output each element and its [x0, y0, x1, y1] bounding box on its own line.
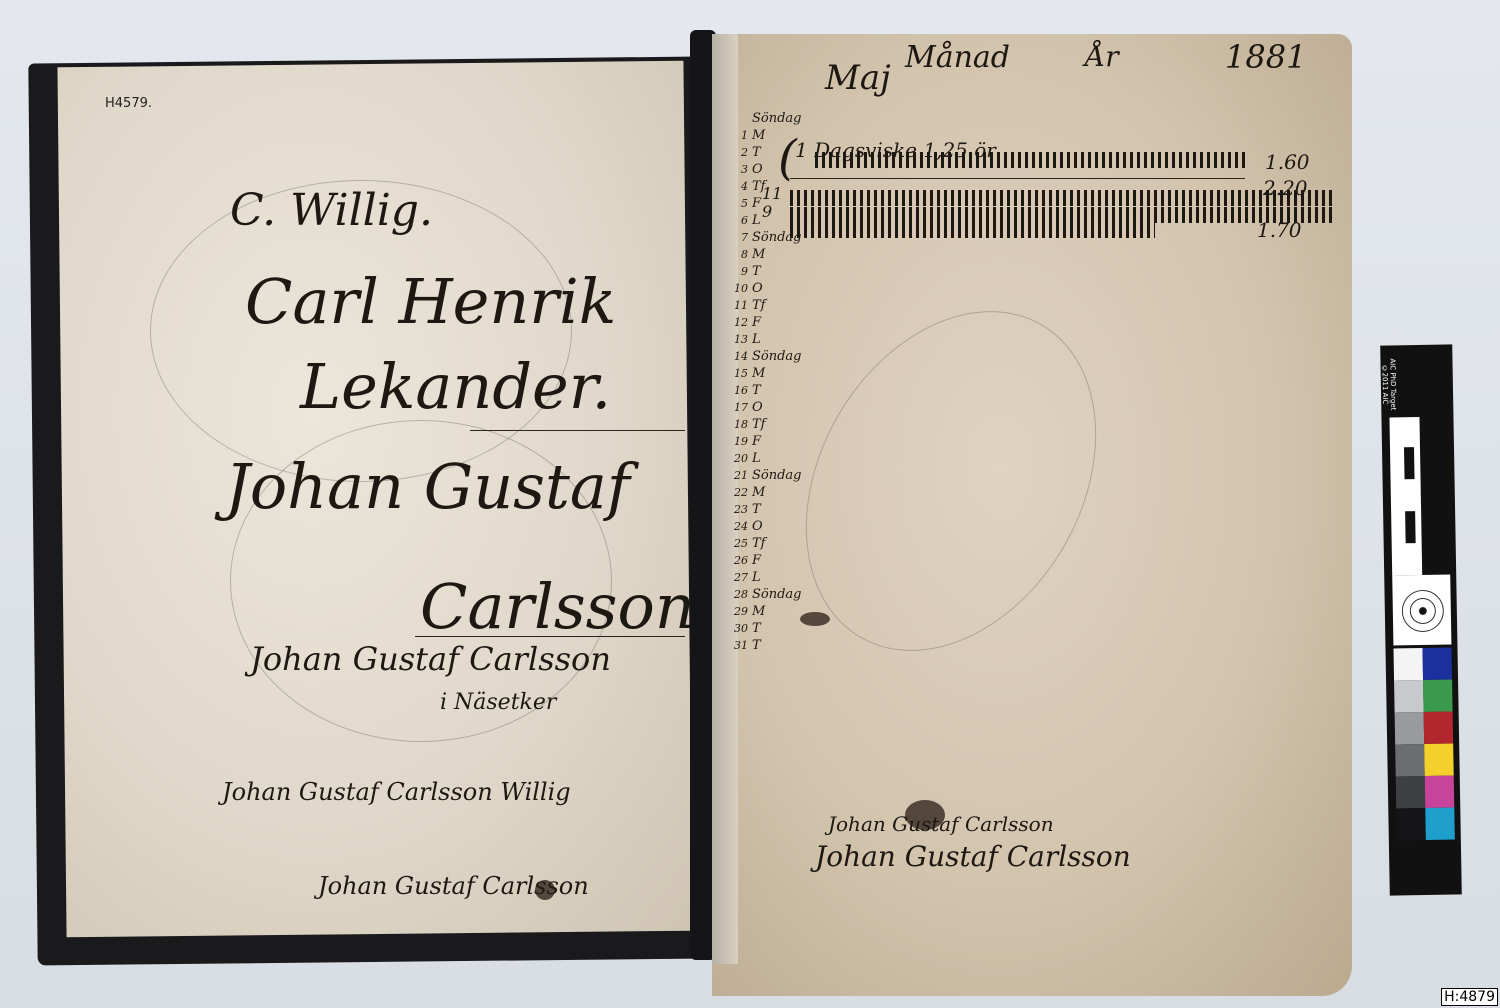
color-calibration-target: AIC PhD Target ©2011 AIC [1380, 344, 1462, 895]
handwriting-carlsson: Carlsson [420, 570, 695, 643]
underline [415, 636, 685, 637]
amount: 2.20 [1263, 176, 1308, 200]
day-row: 30T [734, 620, 804, 637]
day-row: 18Tf [734, 416, 804, 433]
year-value: 1881 [1225, 38, 1306, 76]
handwriting-signature: Johan Gustaf Carlsson Willig [222, 778, 571, 806]
target-title: AIC PhD Target ©2011 AIC [1380, 345, 1397, 423]
handwriting-carl-henrik: Carl Henrik [245, 265, 616, 338]
day-row: 28Söndag [734, 586, 804, 603]
swatch-row [1395, 711, 1454, 744]
day-row: 22M [734, 484, 804, 501]
amount: 1.60 [1265, 150, 1310, 174]
handwriting-place: i Näsetker [440, 690, 556, 715]
day-row: 8M [734, 246, 804, 263]
day-row: 26F [734, 552, 804, 569]
day-row: 29M [734, 603, 804, 620]
tally-row-4 [790, 222, 1155, 238]
swatch-row [1394, 679, 1453, 712]
amount: 1.70 [1257, 218, 1302, 242]
day-row: 23T [734, 501, 804, 518]
day-row: 11Tf [734, 297, 804, 314]
row-mark: 9 [762, 202, 772, 221]
tally-row-2 [790, 190, 1335, 206]
handwriting-signature: Johan Gustaf Carlsson [250, 640, 611, 678]
day-row: 13L [734, 331, 804, 348]
day-row: 20L [734, 450, 804, 467]
day-row: 9T [734, 263, 804, 280]
swatch-row [1395, 743, 1454, 776]
day-row: 21Söndag [734, 467, 804, 484]
signature-right: Johan Gustaf Carlsson [828, 812, 1054, 836]
day-row: 17O [734, 399, 804, 416]
swatch-row [1396, 807, 1455, 840]
tally-row-3 [790, 207, 1335, 223]
day-row: 24O [734, 518, 804, 535]
focus-target [1392, 574, 1451, 645]
day-row: 12F [734, 314, 804, 331]
day-row: 19F [734, 433, 804, 450]
row-mark: 11 [762, 184, 782, 203]
day-row: 27L [734, 569, 804, 586]
handwriting-johan-gustaf: Johan Gustaf [225, 450, 630, 523]
underline [470, 430, 685, 431]
tally-row-1 [815, 152, 1245, 168]
swatch-row [1396, 775, 1455, 808]
catalog-label: H:4879 [1441, 988, 1498, 1006]
day-row: 31T [734, 637, 804, 654]
day-row: 14Söndag [734, 348, 804, 365]
day-row: 10O [734, 280, 804, 297]
month-label: Månad [905, 40, 1010, 75]
day-row: 16T [734, 382, 804, 399]
handwriting-lekander: Lekander. [300, 350, 611, 423]
color-swatches [1393, 647, 1454, 840]
scale-ruler [1389, 417, 1422, 575]
day-row: 25Tf [734, 535, 804, 552]
swatch-row [1393, 647, 1452, 680]
year-label: År [1085, 40, 1119, 73]
ink-stain [535, 880, 555, 900]
handwriting-c-willig: C. Willig. [230, 185, 433, 236]
day-row: Söndag [734, 110, 804, 127]
ink-stain [800, 612, 830, 626]
inventory-mark: H4579. [105, 96, 152, 111]
entry-rule [790, 178, 1245, 179]
day-row: 15M [734, 365, 804, 382]
signature-right: Johan Gustaf Carlsson [815, 840, 1131, 873]
month-name: Maj [825, 58, 891, 98]
